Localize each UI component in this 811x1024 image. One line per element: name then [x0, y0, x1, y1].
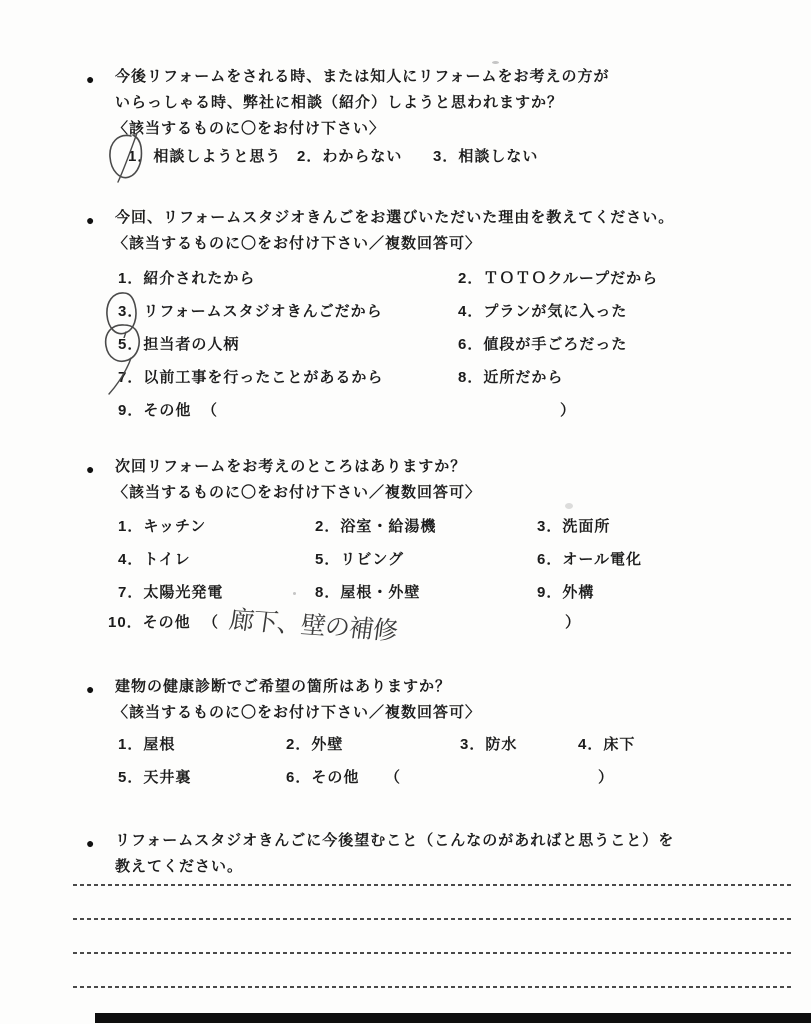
- q4-option-4: 4．床下: [578, 736, 635, 754]
- q3-option-4: 4．トイレ: [118, 551, 191, 569]
- bullet-icon: ●: [86, 681, 94, 697]
- q5-line1: リフォームスタジオきんごに今後望むこと（こんなのがあればと思うこと）を: [115, 832, 674, 850]
- q1-option-1: 1．相談しようと思う: [128, 148, 281, 166]
- q4-other-paren-open: （: [385, 769, 401, 787]
- q2-option-8: 8．近所だから: [458, 369, 563, 387]
- q5-line2: 教えてください。: [115, 858, 243, 876]
- scan-edge-bar: [95, 1013, 811, 1023]
- answer-line-4: [73, 986, 791, 988]
- q2-other-paren-open: （: [202, 402, 218, 420]
- q1-line1: 今後リフォームをされる時、または知人にリフォームをお考えの方が: [115, 68, 610, 86]
- bullet-icon: ●: [86, 71, 94, 87]
- q3-other-paren-open: （: [203, 614, 219, 632]
- q4-line1: 建物の健康診断でご希望の箇所はありますか？: [115, 678, 451, 696]
- q1-instruction: 〈該当するものに〇をお付け下さい〉: [113, 120, 385, 138]
- q2-option-1: 1．紹介されたから: [118, 270, 255, 288]
- bullet-icon: ●: [86, 212, 94, 228]
- q1-option-2: 2．わからない: [297, 148, 402, 166]
- answer-line-3: [73, 952, 791, 954]
- q4-option-3: 3．防水: [460, 736, 517, 754]
- q3-option-1: 1．キッチン: [118, 518, 206, 536]
- q3-option-8: 8．屋根・外壁: [315, 584, 420, 602]
- q3-option-3: 3．洗面所: [537, 518, 610, 536]
- q2-other-paren-close: ）: [560, 402, 576, 420]
- scan-speck: [293, 592, 296, 595]
- q3-option-6: 6．オール電化: [537, 551, 642, 569]
- q3-option-9: 9．外構: [537, 584, 594, 602]
- answer-line-2: [73, 918, 791, 920]
- scan-speck: [565, 503, 573, 509]
- q2-option-6: 6．値段が手ごろだった: [458, 336, 627, 354]
- q2-option-5: 5．担当者の人柄: [118, 336, 239, 354]
- q3-option-5: 5．リビング: [315, 551, 404, 569]
- bullet-icon: ●: [86, 461, 94, 477]
- answer-line-1: [73, 884, 791, 886]
- q3-option-7: 7．太陽光発電: [118, 584, 223, 602]
- q4-instruction: 〈該当するものに〇をお付け下さい／複数回答可〉: [113, 704, 481, 722]
- q1-line2: いらっしゃる時、弊社に相談（紹介）しようと思われますか？: [115, 94, 563, 112]
- q3-option-2: 2．浴室・給湯機: [315, 518, 436, 536]
- q2-line1: 今回、リフォームスタジオきんごをお選びいただいた理由を教えてください。: [115, 209, 674, 227]
- q3-option-10: 10．その他: [108, 614, 191, 632]
- q3-instruction: 〈該当するものに〇をお付け下さい／複数回答可〉: [113, 484, 481, 502]
- q2-option-3: 3．リフォームスタジオきんごだから: [118, 303, 383, 321]
- q4-option-5: 5．天井裏: [118, 769, 191, 787]
- scan-speck: [492, 61, 499, 64]
- q2-option-4: 4．プランが気に入った: [458, 303, 627, 321]
- q4-other-paren-close: ）: [598, 769, 614, 787]
- q4-option-1: 1．屋根: [118, 736, 175, 754]
- q4-option-2: 2．外壁: [286, 736, 343, 754]
- q2-instruction: 〈該当するものに〇をお付け下さい／複数回答可〉: [113, 235, 481, 253]
- q3-other-paren-close: ）: [565, 614, 581, 632]
- q1-option-3: 3．相談しない: [433, 148, 538, 166]
- bullet-icon: ●: [86, 835, 94, 851]
- q3-line1: 次回リフォームをお考えのところはありますか？: [115, 458, 466, 476]
- handwritten-other-answer: 廊下、壁の補修: [227, 600, 400, 647]
- scanned-questionnaire-page: ● 今後リフォームをされる時、または知人にリフォームをお考えの方が いらっしゃる…: [0, 0, 811, 1024]
- q2-option-2: 2．ＴＯＴＯクループだから: [458, 270, 658, 288]
- q2-option-7: 7．以前工事を行ったことがあるから: [118, 369, 383, 387]
- q4-option-6: 6．その他: [286, 769, 359, 787]
- q2-option-9: 9．その他: [118, 402, 191, 420]
